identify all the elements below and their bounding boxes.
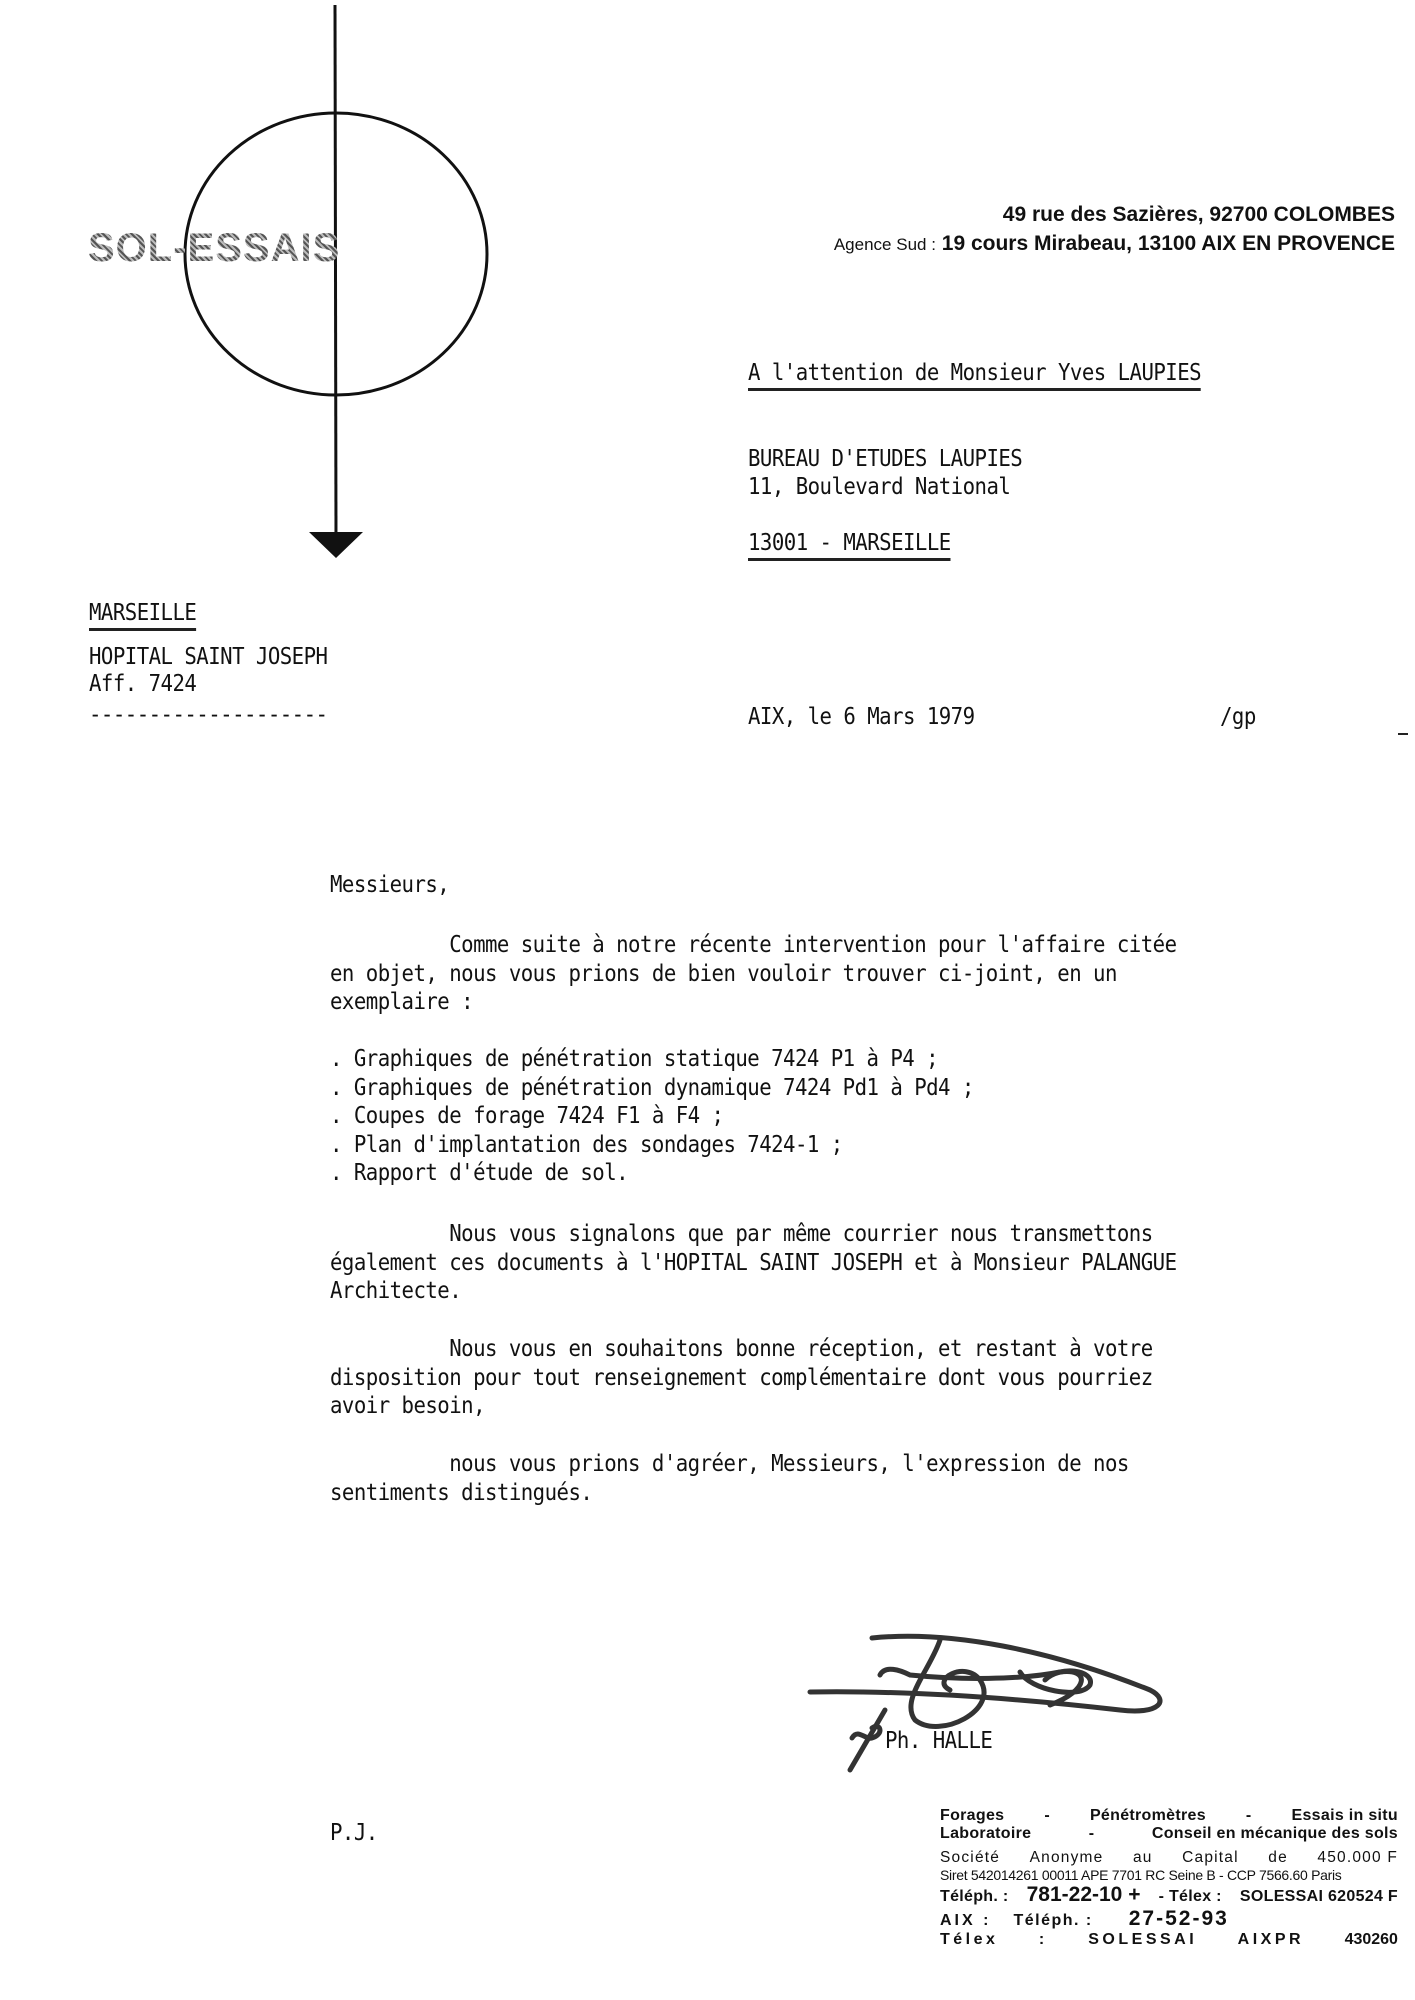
footer-word: au — [1133, 1849, 1153, 1867]
footer-word: de — [1268, 1849, 1288, 1867]
recipient-street: 11, Boulevard National — [748, 474, 1010, 500]
enclosure-item: . Graphiques de pénétration statique 742… — [330, 1046, 938, 1072]
footer-word: Laboratoire — [940, 1825, 1031, 1843]
phone-line: Téléph. : 781-22-10 + - Télex : SOLESSAI… — [940, 1883, 1398, 1907]
footer-word: Pénétromètres — [1090, 1807, 1206, 1825]
company-logo-text: SOL-ESSAIS — [88, 226, 340, 271]
footer-word: - — [1246, 1807, 1252, 1825]
logo-vertical-line — [335, 5, 336, 540]
reference-affair: Aff. 7424 — [89, 671, 196, 697]
typist-initials: /gp — [1220, 704, 1256, 730]
registration-line: Siret 542014261 00011 APE 7701 RC Seine … — [940, 1867, 1398, 1883]
footer-word: - — [1044, 1807, 1050, 1825]
enclosure-item: . Coupes de forage 7424 F1 à F4 ; — [330, 1103, 723, 1129]
handwritten-signature — [790, 1610, 1190, 1800]
enclosure-item: . Plan d'implantation des sondages 7424-… — [330, 1132, 843, 1158]
paragraph-line: en objet, nous vous prions de bien voulo… — [330, 961, 1117, 987]
services-line-1: Forages-Pénétromètres-Essais in situ — [940, 1807, 1398, 1825]
enclosure-item: . Graphiques de pénétration dynamique 74… — [330, 1075, 974, 1101]
paragraph-line: disposition pour tout renseignement comp… — [330, 1365, 1153, 1391]
paragraph-line: exemplaire : — [330, 989, 473, 1015]
signatory-name: Ph. HALLE — [885, 1728, 992, 1754]
paragraph-line: avoir besoin, — [330, 1393, 485, 1419]
paragraph-line: Nous vous signalons que par même courrie… — [330, 1221, 1153, 1247]
branch-address: 19 cours Mirabeau, 13100 AIX EN PROVENCE — [942, 232, 1395, 255]
reference-project: HOPITAL SAINT JOSEPH — [89, 644, 327, 670]
footer-word: Capital — [1182, 1849, 1239, 1867]
paragraph-line: nous vous prions d'agréer, Messieurs, l'… — [330, 1451, 1129, 1477]
enclosure-item: . Rapport d'étude de sol. — [330, 1160, 628, 1186]
paragraph-line: Architecte. — [330, 1278, 461, 1304]
aix-telex-line: Télex : SOLESSAI AIXPR 430260 — [940, 1931, 1398, 1949]
footer-word: Essais in situ — [1292, 1807, 1398, 1825]
footer-word: Conseil en mécanique des sols — [1152, 1825, 1398, 1843]
head-office-address: 49 rue des Sazières, 92700 COLOMBES — [1003, 203, 1395, 227]
capital-line: SociétéAnonymeauCapitalde450.000 F — [940, 1849, 1398, 1867]
recipient-city: 13001 - MARSEILLE — [748, 530, 951, 561]
paragraph-line: sentiments distingués. — [330, 1480, 592, 1506]
margin-mark — [1398, 733, 1408, 735]
date-line: AIX, le 6 Mars 1979 — [748, 704, 975, 730]
attention-line: A l'attention de Monsieur Yves LAUPIES — [748, 360, 1201, 391]
salutation: Messieurs, — [330, 872, 449, 898]
paragraph-line: Comme suite à notre récente intervention… — [330, 932, 1177, 958]
branch-label: Agence Sud : — [834, 235, 936, 254]
arrow-down-icon — [309, 532, 363, 558]
aix-phone-line: AIX : Téléph. : 27-52-93 — [940, 1907, 1398, 1931]
footer-word: - — [1089, 1825, 1095, 1843]
footer-word: Société — [940, 1849, 1000, 1867]
recipient-company: BUREAU D'ETUDES LAUPIES — [748, 446, 1022, 472]
branch-address-line: Agence Sud : 19 cours Mirabeau, 13100 AI… — [834, 232, 1395, 256]
footer-word: Anonyme — [1030, 1849, 1104, 1867]
company-footer: Forages-Pénétromètres-Essais in situ Lab… — [940, 1807, 1398, 1949]
enclosure-note: P.J. — [330, 1820, 378, 1846]
company-logo-graphic — [0, 0, 520, 580]
paragraph-line: également ces documents à l'HOPITAL SAIN… — [330, 1250, 1177, 1276]
footer-word: 450.000 F — [1317, 1849, 1398, 1867]
paragraph-line: Nous vous en souhaitons bonne réception,… — [330, 1336, 1153, 1362]
footer-word: Forages — [940, 1807, 1004, 1825]
reference-city: MARSEILLE — [89, 600, 196, 631]
reference-separator: -------------------- — [89, 702, 327, 728]
services-line-2: Laboratoire-Conseil en mécanique des sol… — [940, 1825, 1398, 1843]
